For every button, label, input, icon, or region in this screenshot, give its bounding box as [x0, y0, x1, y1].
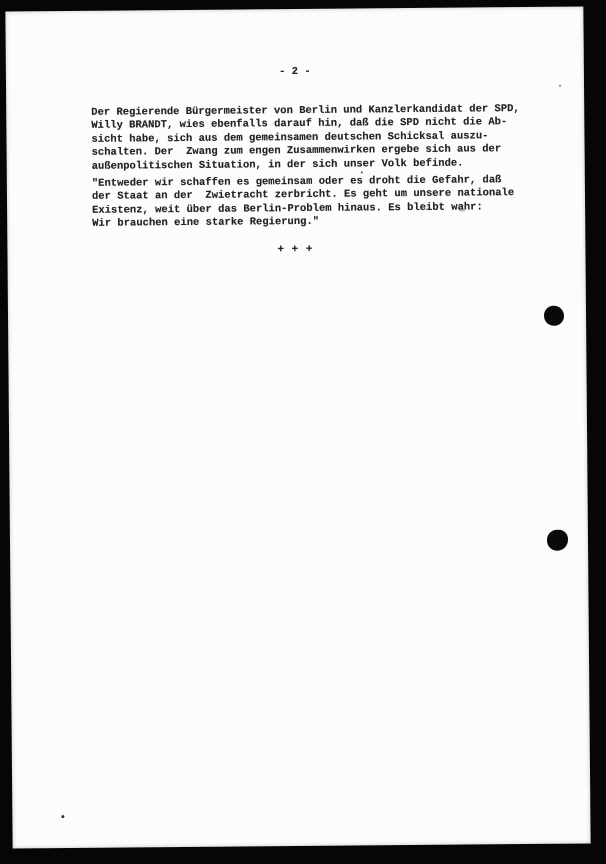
scan-speck — [361, 171, 363, 173]
scan-speck — [559, 85, 561, 87]
page-number: - 2 - — [6, 63, 584, 80]
document-page: - 2 - Der Regierende Bürgermeister von B… — [5, 6, 590, 848]
scan-speck — [61, 815, 64, 818]
hole-punch-dot-bottom — [547, 530, 568, 551]
text-line: Wir brauchen eine starke Regierung." — [92, 214, 552, 231]
hole-punch-dot-top — [544, 306, 564, 326]
end-separator-marks: + + + — [277, 244, 313, 256]
paragraph-brandt-statement: Der Regierende Bürgermeister von Berlin … — [91, 103, 552, 174]
scanner-backdrop: { "page": { "number_label": "- 2 -" }, "… — [0, 0, 606, 864]
paragraph-quote: "Entweder wir schaffen es gemeinsam oder… — [92, 174, 552, 232]
scan-speck — [459, 210, 465, 212]
